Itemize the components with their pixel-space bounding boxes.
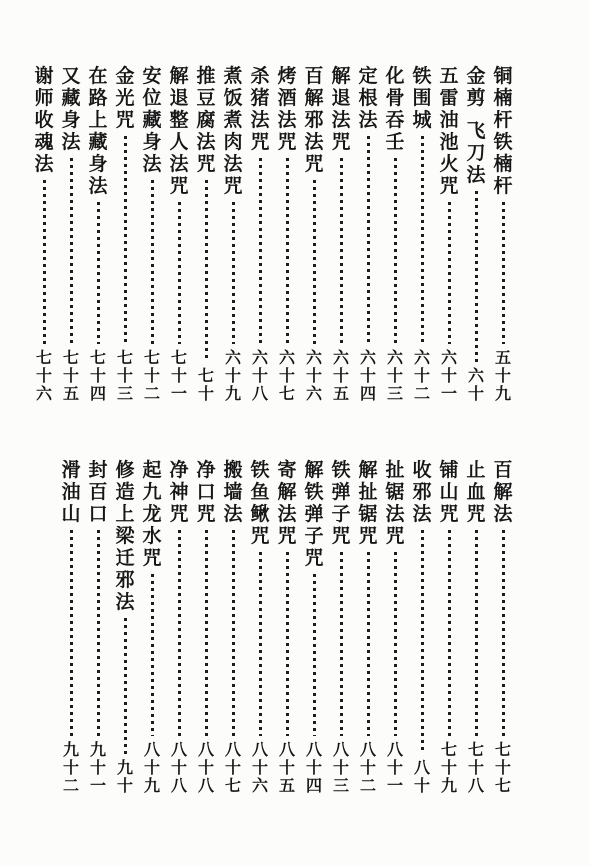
toc-entry: 煮饭煮肉法咒六十九 [223,66,243,402]
dot-leader [367,136,370,344]
toc-entry: 安位藏身法七十二 [142,66,162,402]
dot-leader [475,191,478,362]
toc-entry-page: 七十五 [61,348,81,402]
toc-entry: 净口咒八十八 [196,460,216,794]
toc-entry-page: 八十八 [169,740,189,794]
toc-entry-title: 止血咒 [466,460,486,526]
toc-entry-page: 八十三 [331,740,351,794]
toc-entry-title: 又藏身法 [61,66,81,154]
toc-entry: 扯锯法咒八十一 [385,460,405,794]
toc-entry-page: 七十二 [142,348,162,402]
toc-entry: 止血咒七十八 [466,460,486,794]
toc-entry-title: 百解法 [493,460,513,526]
toc-entry-page: 八十八 [196,740,216,794]
toc-entry-page: 八十九 [142,740,162,794]
toc-entry: 化骨吞壬六十三 [385,66,405,402]
dot-leader [151,574,154,736]
toc-entry-title: 定根法 [358,66,378,132]
toc-entry-title: 铁围城 [412,66,432,132]
toc-entry-title: 铁鱼鳅咒 [250,460,270,548]
dot-leader [97,202,100,344]
toc-entry-title: 安位藏身法 [142,66,162,176]
toc-entry-title: 净口咒 [196,460,216,526]
toc-entry-title: 寄解法咒 [277,460,297,548]
toc-entry: 解退整人法咒七十一 [169,66,189,402]
toc-entry-page: 七十六 [34,348,54,402]
toc-entry-title: 五雷油池火咒 [439,66,459,198]
toc-block-bottom: 百解法七十七止血咒七十八铺山咒七十九收邪法八十扯锯法咒八十一解扯锯咒八十二铁弹子… [61,460,513,794]
toc-entry-page: 六十八 [250,348,270,402]
toc-entry-page: 七十四 [88,348,108,402]
toc-entry: 滑油山九十二 [61,460,81,794]
toc-entry-title: 谢师收魂法 [34,66,54,176]
dot-leader [286,158,289,344]
toc-entry-page: 八十六 [250,740,270,794]
dot-leader [448,530,451,736]
toc-entry: 修造上梁迁邪法九十 [115,460,135,794]
dot-leader [178,530,181,736]
toc-entry-page: 六十一 [439,348,459,402]
toc-entry-title: 封百口 [88,460,108,526]
dot-leader [205,530,208,736]
toc-entry-title: 铺山咒 [439,460,459,526]
toc-entry-page: 八十七 [223,740,243,794]
toc-entry-title: 搬墙法 [223,460,243,526]
toc-entry: 杀猪法咒六十八 [250,66,270,402]
toc-entry: 铜楠杆铁楠杆五十九 [493,66,513,402]
toc-entry-page: 七十三 [115,348,135,402]
dot-leader [124,136,127,344]
toc-entry-title: 推豆腐法咒 [196,66,216,176]
toc-entry-title: 扯锯法咒 [385,460,405,548]
toc-entry-title: 滑油山 [61,460,81,526]
toc-entry: 定根法六十四 [358,66,378,402]
toc-entry-title: 金剪飞刀法 [466,66,486,187]
toc-entry-page: 九十二 [61,740,81,794]
toc-entry-page: 六十二 [412,348,432,402]
dot-leader [205,180,208,362]
toc-entry-title: 起九龙水咒 [142,460,162,570]
toc-entry: 铁弹子咒八十三 [331,460,351,794]
toc-entry-page: 八十五 [277,740,297,794]
toc-entry: 金剪飞刀法六十 [466,66,486,402]
toc-entry-title: 解铁弹子咒 [304,460,324,570]
toc-entry: 解铁弹子咒八十四 [304,460,324,794]
toc-entry-page: 六十五 [331,348,351,402]
toc-entry-title: 解扯锯咒 [358,460,378,548]
dot-leader [394,158,397,344]
toc-entry: 百解邪法咒六十六 [304,66,324,402]
toc-entry: 解退法咒六十五 [331,66,351,402]
toc-entry-page: 八十四 [304,740,324,794]
toc-entry: 铁鱼鳅咒八十六 [250,460,270,794]
toc-entry: 推豆腐法咒七十 [196,66,216,402]
toc-entry: 金光咒七十三 [115,66,135,402]
toc-entry-page: 九十 [115,758,135,794]
toc-entry-page: 六十 [466,366,486,402]
dot-leader [43,180,46,344]
toc-entry-title: 化骨吞壬 [385,66,405,154]
toc-entry-page: 六十四 [358,348,378,402]
toc-entry-page: 七十九 [439,740,459,794]
toc-entry-page: 八十一 [385,740,405,794]
dot-leader [259,158,262,344]
dot-leader [178,202,181,344]
dot-leader [124,618,127,754]
dot-leader [421,136,424,344]
toc-entry-title: 金光咒 [115,66,135,132]
toc-entry-title: 百解邪法咒 [304,66,324,176]
toc-entry: 解扯锯咒八十二 [358,460,378,794]
dot-leader [151,180,154,344]
dot-leader [70,158,73,344]
toc-entry-page: 七十一 [169,348,189,402]
toc-entry-page: 七十七 [493,740,513,794]
toc-entry-page: 八十二 [358,740,378,794]
toc-entry-page: 九十一 [88,740,108,794]
toc-entry-title: 解退整人法咒 [169,66,189,198]
toc-entry-title: 收邪法 [412,460,432,526]
toc-entry-page: 八十 [412,758,432,794]
toc-entry: 烤酒法咒六十七 [277,66,297,402]
toc-entry-title: 煮饭煮肉法咒 [223,66,243,198]
dot-leader [232,202,235,344]
toc-entry-title: 烤酒法咒 [277,66,297,154]
toc-entry-title: 杀猪法咒 [250,66,270,154]
toc-entry: 五雷油池火咒六十一 [439,66,459,402]
dot-leader [502,530,505,736]
dot-leader [232,530,235,736]
dot-leader [475,530,478,736]
toc-entry-page: 五十九 [493,348,513,402]
toc-entry: 寄解法咒八十五 [277,460,297,794]
toc-entry: 净神咒八十八 [169,460,189,794]
dot-leader [70,530,73,736]
dot-leader [448,202,451,344]
toc-entry-title: 净神咒 [169,460,189,526]
toc-entry-page: 六十六 [304,348,324,402]
toc-entry-title: 修造上梁迁邪法 [115,460,135,614]
toc-entry-title: 铜楠杆铁楠杆 [493,66,513,198]
toc-entry: 铁围城六十二 [412,66,432,402]
dot-leader [259,552,262,736]
toc-entry: 百解法七十七 [493,460,513,794]
toc-entry-page: 七十 [196,366,216,402]
toc-entry: 铺山咒七十九 [439,460,459,794]
dot-leader [313,574,316,736]
dot-leader [421,530,424,754]
toc-entry: 封百口九十一 [88,460,108,794]
toc-entry-title: 在路上藏身法 [88,66,108,198]
toc-entry-page: 七十八 [466,740,486,794]
dot-leader [367,552,370,736]
toc-entry: 收邪法八十 [412,460,432,794]
dot-leader [286,552,289,736]
toc-entry: 在路上藏身法七十四 [88,66,108,402]
toc-entry-title: 铁弹子咒 [331,460,351,548]
dot-leader [97,530,100,736]
toc-entry: 又藏身法七十五 [61,66,81,402]
toc-entry-title: 解退法咒 [331,66,351,154]
toc-entry: 谢师收魂法七十六 [34,66,54,402]
toc-entry: 搬墙法八十七 [223,460,243,794]
dot-leader [394,552,397,736]
dot-leader [340,552,343,736]
scanned-toc-page: 铜楠杆铁楠杆五十九金剪飞刀法六十五雷油池火咒六十一铁围城六十二化骨吞壬六十三定根… [0,0,590,866]
dot-leader [502,202,505,344]
toc-entry-page: 六十九 [223,348,243,402]
toc-entry-page: 六十三 [385,348,405,402]
toc-entry-page: 六十七 [277,348,297,402]
toc-block-top: 铜楠杆铁楠杆五十九金剪飞刀法六十五雷油池火咒六十一铁围城六十二化骨吞壬六十三定根… [34,66,513,402]
dot-leader [313,180,316,344]
dot-leader [340,158,343,344]
toc-entry: 起九龙水咒八十九 [142,460,162,794]
